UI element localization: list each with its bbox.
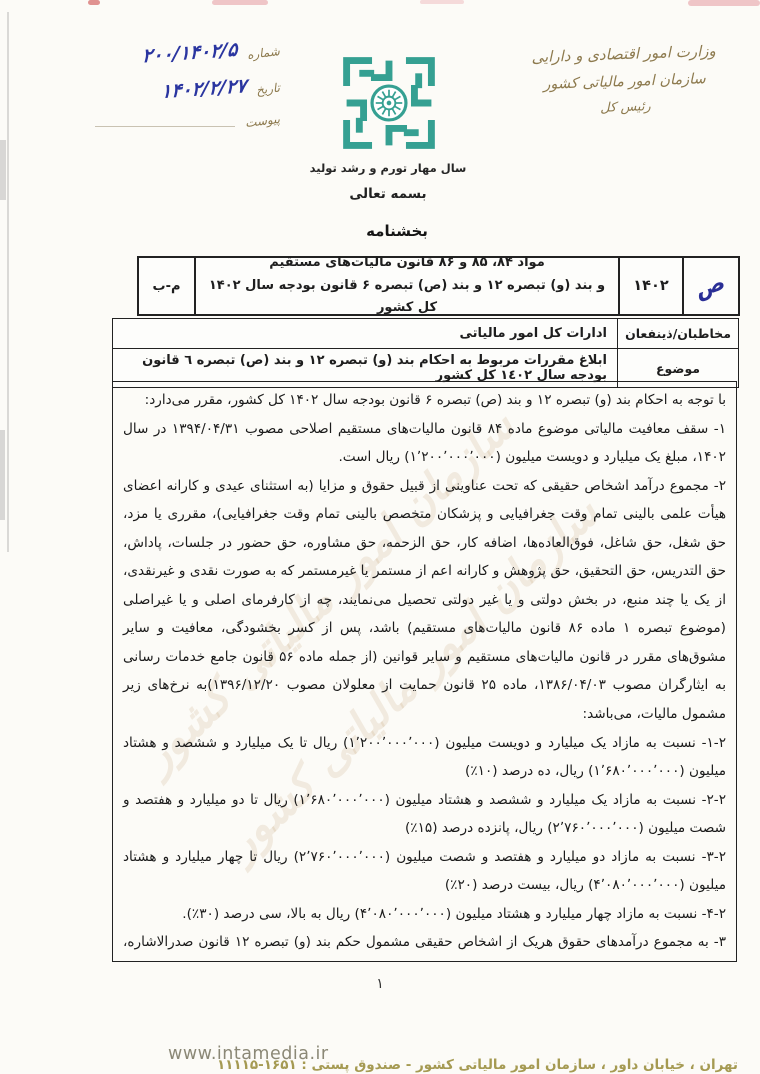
body-paragraph: ۱- سقف معافیت مالیاتی موضوع ماده ۸۴ قانو… (123, 415, 726, 472)
subject-title-cell: مواد ۸۴، ۸۵ و ۸۶ قانون مالیات‌های مستقیم… (194, 258, 618, 314)
date-value: ۱۴۰۲/۲/۲۷ (160, 75, 246, 103)
number-row: شماره ۲۰۰/۱۴۰۲/۵ (30, 42, 280, 64)
body-paragraph: ۳-۲- نسبت به مازاد دو میلیارد و هفتصد و … (123, 843, 726, 900)
year-slogan: سال مهار تورم و رشد تولید (268, 161, 508, 175)
attachment-label: پیوست (244, 112, 280, 130)
body-paragraph: ۱-۲- نسبت به مازاد یک میلیارد و دویست می… (123, 729, 726, 786)
subject-title-line2: و بند (و) تبصره ۱۲ و بند (ص) تبصره ۶ قان… (202, 275, 612, 321)
scan-smear (688, 0, 760, 6)
audience-row: مخاطبان/ذینفعان ادارات کل امور مالیاتی (113, 319, 738, 348)
audience-label: مخاطبان/ذینفعان (617, 319, 738, 348)
attachment-row: پیوست (30, 114, 280, 128)
body-paragraph: ۲-۲- نسبت به مازاد یک میلیارد و ششصد و ه… (123, 786, 726, 843)
attachment-blank-line (95, 116, 235, 127)
year-cell: ۱۴۰۲ (618, 258, 682, 314)
footer-address: تهران ، خیابان داور ، سازمان امور مالیات… (217, 1050, 738, 1074)
scan-smear (212, 0, 268, 5)
registry-stamp-cell: ص (682, 258, 738, 314)
subject-title-line1: مواد ۸۴، ۸۵ و ۸۶ قانون مالیات‌های مستقیم (269, 252, 545, 275)
basmala: بسمه تعالی (318, 186, 458, 202)
classification-code-cell: م-ب (139, 258, 194, 314)
body-paragraph: ۳- به مجموع درآمدهای حقوق هریک از اشخاص … (123, 928, 726, 962)
scan-edge-line (7, 12, 9, 552)
scan-smear (88, 0, 100, 5)
handwritten-stamp-glyph: ص (695, 269, 727, 303)
body-paragraph: ۴-۲- نسبت به مازاد چهار میلیارد و هشتاد … (123, 900, 726, 929)
scan-smear (420, 0, 464, 4)
letterhead-number-block: شماره ۲۰۰/۱۴۰۲/۵ تاریخ ۱۴۰۲/۲/۲۷ پیوست (30, 42, 280, 142)
scan-mark (0, 140, 6, 200)
meta-table: مخاطبان/ذینفعان ادارات کل امور مالیاتی م… (112, 318, 739, 388)
audience-value: ادارات کل امور مالیاتی (113, 322, 617, 345)
circular-header-table: ص ۱۴۰۲ مواد ۸۴، ۸۵ و ۸۶ قانون مالیات‌های… (137, 256, 740, 316)
body-paragraph: با توجه به احکام بند (و) تبصره ۱۲ و بند … (123, 386, 726, 415)
date-label: تاریخ (255, 81, 280, 98)
number-value: ۲۰۰/۱۴۰۲/۵ (141, 39, 237, 68)
scan-mark (0, 430, 5, 520)
tax-organization-logo-icon (336, 50, 442, 160)
scanned-circular-page: سازمان امور مالیاتی کشور سازمان امور مال… (0, 0, 760, 1074)
number-label: شماره (247, 44, 281, 62)
page-number: ۱ (0, 976, 760, 992)
date-row: تاریخ ۱۴۰۲/۲/۲۷ (30, 78, 280, 100)
document-type-title: بخشنامه (337, 222, 457, 240)
organization-header: وزارت امور اقتصادی و دارایی سازمان امور … (516, 36, 734, 124)
circular-body: با توجه به احکام بند (و) تبصره ۱۲ و بند … (112, 381, 737, 962)
body-paragraph: ۲- مجموع درآمد اشخاص حقیقی که تحت عناوین… (123, 472, 726, 729)
